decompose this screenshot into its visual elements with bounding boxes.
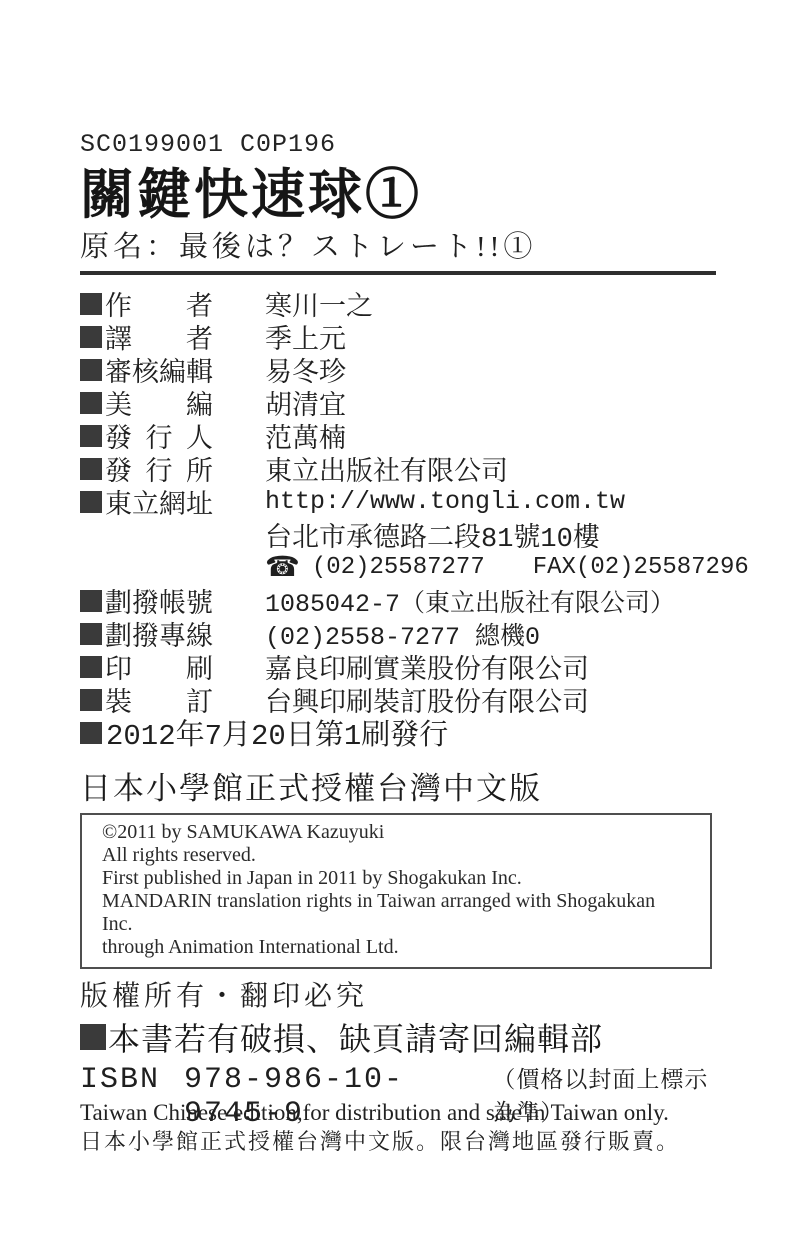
print-date: 2012年7月20日第1刷發行: [106, 712, 448, 753]
credit-row-review-editor: 審核編輯 易冬珍: [80, 353, 718, 386]
credit-row-postal-hotline: 劃撥專線 (02)2558-7277 總機0: [80, 617, 718, 650]
fax-number: FAX(02)25587296: [533, 554, 749, 581]
copyright-box: ©2011 by SAMUKAWA Kazuyuki All rights re…: [80, 813, 712, 969]
chinese-distribution-notice: 日本小學館正式授權台灣中文版。限台灣地區發行販賣。: [80, 1128, 718, 1155]
bullet-square-icon: [80, 722, 102, 744]
bullet-square-icon: [80, 689, 102, 711]
damage-notice: 本書若有破損、缺頁請寄回編輯部: [108, 1014, 603, 1060]
credit-label: 東立網址: [105, 482, 217, 521]
print-date-row: 2012年7月20日第1刷發行: [80, 716, 718, 749]
bullet-square-icon: [80, 1024, 106, 1050]
colophon-page: SC0199001 C0P196 關鍵快速球① 原名：最後は？ストレート!!① …: [0, 0, 800, 1233]
copyright-line: through Animation International Ltd.: [102, 936, 690, 959]
bullet-square-icon: [80, 656, 102, 678]
credit-row-publishing-house: 發 行 所 東立出版社有限公司: [80, 452, 718, 485]
isbn-label: ISBN: [80, 1063, 160, 1097]
phone-number: (02)25587277: [312, 554, 485, 581]
bullet-square-icon: [80, 425, 102, 447]
telephone-icon: ☎: [265, 551, 300, 584]
original-title: 原名：最後は？ストレート!!①: [80, 228, 718, 266]
bullet-square-icon: [80, 392, 102, 414]
license-heading: 日本小學館正式授權台灣中文版: [80, 769, 718, 809]
copyright-line: MANDARIN translation rights in Taiwan ar…: [102, 890, 690, 936]
copyright-line: All rights reserved.: [102, 844, 690, 867]
bullet-square-icon: [80, 491, 102, 513]
colophon-content: SC0199001 C0P196 關鍵快速球① 原名：最後は？ストレート!!① …: [80, 130, 718, 1155]
publisher-address-row: 台北市承德路二段81號10樓: [80, 518, 718, 551]
phone-fax-row: ☎ (02)25587277 FAX(02)25587296: [80, 551, 718, 584]
website-url: http://www.tongli.com.tw: [265, 487, 625, 516]
divider-rule: [80, 271, 716, 275]
credit-row-translator: 譯 者 季上元: [80, 320, 718, 353]
credit-row-printing: 印 刷 嘉良印刷實業股份有限公司: [80, 650, 718, 683]
credit-row-publisher-person: 發 行 人 范萬楠: [80, 419, 718, 452]
publisher-address: 台北市承德路二段81號10樓: [265, 515, 600, 555]
rights-notice: 版權所有・翻印必究: [80, 979, 718, 1015]
bullet-square-icon: [80, 623, 102, 645]
product-code: SC0199001 C0P196: [80, 130, 718, 160]
bullet-square-icon: [80, 590, 102, 612]
credits-list: 作 者 寒川一之 譯 者 季上元 審核編輯 易冬珍 美 編 胡清宜 發 行: [80, 287, 718, 749]
credit-row-website: 東立網址 http://www.tongli.com.tw: [80, 485, 718, 518]
credit-row-author: 作 者 寒川一之: [80, 287, 718, 320]
bullet-square-icon: [80, 293, 102, 315]
credit-value: 東立出版社有限公司: [265, 449, 508, 488]
credit-value: 1085042-7（東立出版社有限公司）: [265, 583, 675, 619]
isbn-row: ISBN 978-986-10-9745-9 （價格以封面上標示為準）: [80, 1061, 718, 1095]
copyright-line: ©2011 by SAMUKAWA Kazuyuki: [102, 821, 690, 844]
bullet-square-icon: [80, 326, 102, 348]
book-title: 關鍵快速球①: [80, 164, 718, 226]
damage-notice-row: 本書若有破損、缺頁請寄回編輯部: [80, 1017, 718, 1057]
bullet-square-icon: [80, 458, 102, 480]
english-distribution-notice: Taiwan Chinese edition,for distribution …: [80, 1099, 718, 1126]
credit-row-art-editor: 美 編 胡清宜: [80, 386, 718, 419]
copyright-line: First published in Japan in 2011 by Shog…: [102, 867, 690, 890]
bullet-square-icon: [80, 359, 102, 381]
credit-row-postal-account: 劃撥帳號 1085042-7（東立出版社有限公司）: [80, 584, 718, 617]
